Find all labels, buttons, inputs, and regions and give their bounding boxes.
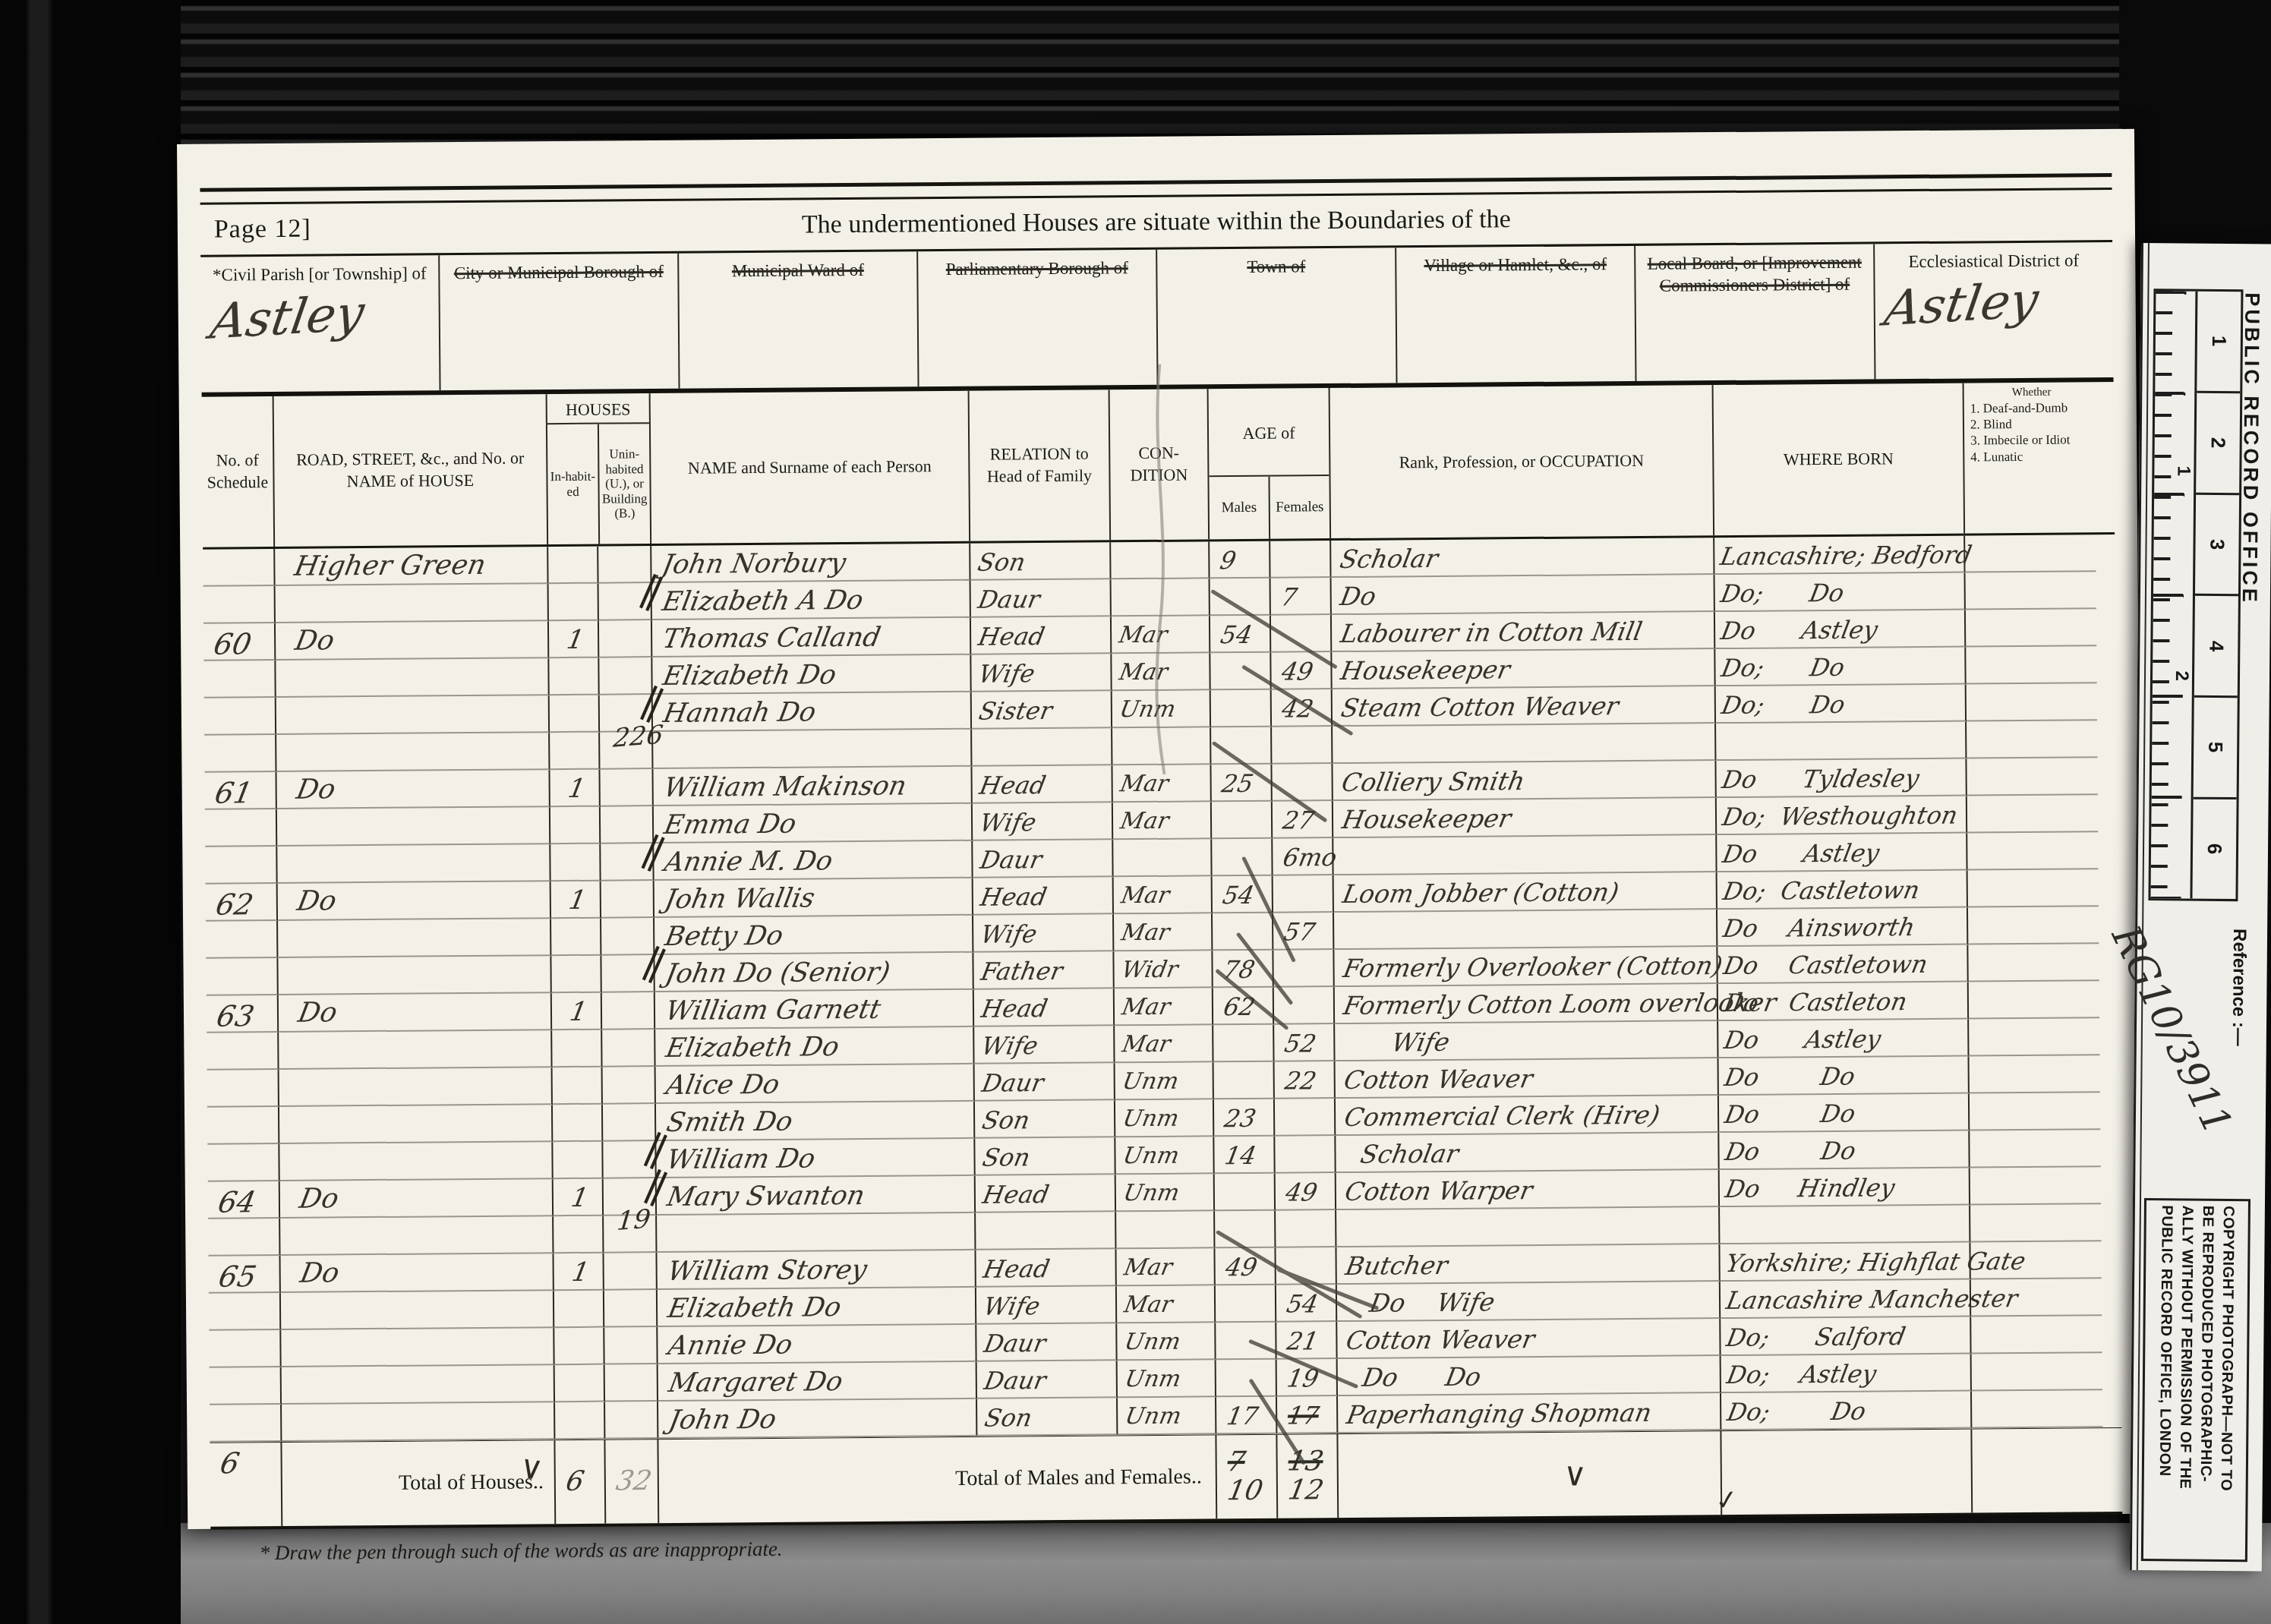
- film-edge-left: [0, 0, 181, 1624]
- cell-where-born: Do Astley: [1718, 1019, 1969, 1058]
- cell-infirmity: [1971, 1316, 2102, 1354]
- cell-where-born: Do Astley: [1717, 834, 1967, 873]
- cell-schedule: [209, 1293, 281, 1331]
- cell-occupation: Cotton Warper: [1336, 1170, 1720, 1210]
- cell-age-male: [1213, 1025, 1274, 1063]
- cell-age-male: 54: [1213, 876, 1273, 914]
- cell-road: [282, 1402, 555, 1442]
- cell-road: [279, 1067, 553, 1107]
- cell-uninhabited: [604, 1327, 658, 1365]
- cell-name: Annie M. Do: [654, 841, 973, 881]
- cell-schedule: [208, 1219, 280, 1257]
- cell-condition: Mar: [1115, 1025, 1213, 1063]
- cell-relation: Head: [976, 1175, 1116, 1212]
- ruler-cell-number: 6: [2192, 799, 2236, 899]
- infirmity-title: Whether: [1970, 385, 2093, 400]
- district-box: Local Board, or [Improvement Commissione…: [1635, 244, 1875, 380]
- cell-inhabited: [555, 1402, 605, 1440]
- cell-age-male: [1210, 579, 1271, 616]
- cell-relation: Daur: [973, 840, 1113, 878]
- copyright-line: COPYRIGHT PHOTOGRAPH—NOT TO: [2216, 1206, 2237, 1555]
- cell-where-born: Do Do: [1719, 1130, 1970, 1170]
- cell-relation: Daur: [975, 1063, 1115, 1101]
- cell-where-born: Do Hindley: [1720, 1168, 1970, 1207]
- cell-schedule: [203, 549, 275, 587]
- cell-infirmity: [1970, 1093, 2100, 1130]
- cell-schedule: 62: [206, 884, 278, 922]
- infirmity-item: 3. Imbecile or Idiot: [1970, 432, 2070, 449]
- cell-infirmity: [1968, 869, 2099, 907]
- cell-relation: Daur: [971, 579, 1112, 617]
- district-box: Village or Hamlet, &c., of: [1396, 246, 1636, 383]
- cell-age-female: [1276, 1247, 1336, 1285]
- cell-relation: Wife: [976, 1286, 1117, 1324]
- cell-age-male: 23: [1214, 1099, 1275, 1137]
- total-females-struck: 13: [1285, 1448, 1326, 1475]
- cell-occupation: Loom Jobber (Cotton): [1334, 872, 1717, 913]
- cell-schedule: 65: [209, 1256, 281, 1294]
- cell-name: 226: [653, 730, 972, 769]
- cell-where-born: Do; Westhoughton: [1717, 796, 1967, 836]
- cell-infirmity: [1972, 1353, 2102, 1391]
- cell-inhabited: [549, 658, 599, 696]
- cell-name: William Makinson: [653, 767, 972, 806]
- census-page: Page 12] The undermentioned Houses are s…: [177, 129, 2145, 1529]
- ruler-cell-number: 4: [2194, 596, 2238, 698]
- cell-age-female: 54: [1276, 1285, 1337, 1323]
- cell-infirmity: [1971, 1279, 2102, 1317]
- cell-uninhabited: [601, 918, 654, 956]
- cell-age-male: 14: [1214, 1137, 1275, 1175]
- cell-inhabited: [554, 1291, 604, 1329]
- cell-road: Do: [279, 993, 552, 1033]
- cell-occupation: Wife: [1335, 1021, 1718, 1061]
- cell-condition: [1112, 579, 1210, 616]
- cell-schedule: [209, 1330, 281, 1368]
- cell-age-female: 21: [1276, 1322, 1337, 1360]
- column-header-relation: RELATION to Head of Family: [970, 389, 1112, 541]
- ruler-cell-number: 1: [2197, 292, 2241, 393]
- cell-uninhabited: [603, 1104, 656, 1142]
- cell-road: [281, 1328, 554, 1367]
- cell-inhabited: [550, 807, 601, 845]
- cell-age-female: [1275, 1099, 1336, 1137]
- film-ruler: 1 2 123456: [2148, 289, 2243, 901]
- cell-uninhabited: [605, 1364, 658, 1402]
- district-box: City or Municipal Borough of: [440, 254, 680, 390]
- cell-condition: [1111, 541, 1210, 579]
- district-box: Parliamentary Borough of: [918, 250, 1158, 386]
- cell-inhabited: 1: [551, 881, 601, 919]
- cell-inhabited: [548, 547, 598, 585]
- cell-age-male: [1215, 1174, 1276, 1212]
- cell-age-female: 49: [1276, 1173, 1336, 1211]
- cell-schedule: [207, 1033, 279, 1071]
- cell-condition: Mar: [1114, 876, 1213, 914]
- cell-name: Mary Swanton: [657, 1176, 976, 1216]
- cell-age-female: 49: [1271, 652, 1332, 690]
- cell-schedule: [210, 1367, 282, 1405]
- cell-relation: [972, 728, 1112, 766]
- cell-age-female: [1273, 875, 1334, 913]
- cell-condition: Mar: [1114, 913, 1213, 951]
- cell-age-male: 62: [1213, 988, 1274, 1026]
- ruler-ticks: 1 2: [2150, 291, 2197, 898]
- column-header-occupation: Rank, Profession, or OCCUPATION: [1330, 385, 1715, 538]
- district-label: Ecclesiastical District of: [1881, 250, 2106, 273]
- cell-occupation: Do Do: [1338, 1356, 1721, 1396]
- cell-condition: Mar: [1116, 1248, 1215, 1286]
- cell-infirmity: [1970, 1241, 2101, 1279]
- cell-condition: [1116, 1211, 1215, 1249]
- reference-label: Reference :—: [2228, 929, 2250, 1046]
- total-houses-uninhabited: 32: [613, 1468, 654, 1495]
- cell-condition: Unm: [1118, 1397, 1216, 1435]
- column-header-age: AGE of Males Females: [1209, 388, 1332, 539]
- cell-where-born: [1716, 722, 1967, 762]
- cell-name: Elizabeth Do: [655, 1027, 974, 1067]
- cell-name: Elizabeth A Do: [652, 581, 971, 620]
- cell-schedule: [210, 1405, 282, 1443]
- cell-name: Elizabeth Do: [652, 655, 971, 695]
- cell-infirmity: [1968, 907, 2099, 944]
- cell-age-female: 22: [1275, 1061, 1336, 1099]
- cell-age-female: 27: [1273, 801, 1333, 839]
- cell-age-female: 52: [1274, 1024, 1335, 1062]
- cell-schedule: 60: [203, 623, 276, 661]
- cell-age-female: 42: [1272, 689, 1333, 727]
- houses-group-title: HOUSES: [547, 393, 649, 424]
- cell-condition: Unm: [1115, 1062, 1214, 1100]
- cell-age-female: [1275, 1136, 1336, 1174]
- cell-relation: Head: [976, 1249, 1116, 1287]
- total-people-label: Total of Males and Females..: [658, 1435, 1217, 1523]
- district-box: Ecclesiastical District of Astley: [1875, 242, 2113, 379]
- cell-road: [281, 1291, 554, 1330]
- cell-infirmity: [1970, 1055, 2100, 1093]
- district-box: *Civil Parish [or Township] of Astley: [200, 255, 440, 392]
- cell-condition: Mar: [1112, 616, 1210, 654]
- cell-uninhabited: [602, 1030, 655, 1067]
- district-label: Town of: [1163, 255, 1389, 279]
- cell-road: Do: [276, 621, 549, 661]
- cell-condition: Widr: [1114, 951, 1213, 989]
- cell-infirmity: [1970, 1167, 2101, 1205]
- cell-name: Margaret Do: [658, 1362, 977, 1402]
- district-box: Town of: [1157, 248, 1397, 384]
- cell-inhabited: [554, 1216, 604, 1254]
- cell-schedule: [204, 698, 276, 736]
- cell-inhabited: [555, 1365, 605, 1403]
- census-table: No. of Schedule ROAD, STREET, &c., and N…: [202, 382, 2123, 1530]
- cell-infirmity: [1970, 1204, 2101, 1242]
- cell-occupation: [1333, 835, 1717, 875]
- cell-where-born: Do; Do: [1715, 573, 1966, 613]
- district-header-row: *Civil Parish [or Township] of Astley Ci…: [200, 242, 2113, 397]
- cell-name: Smith Do: [656, 1102, 975, 1141]
- cell-relation: Son: [970, 542, 1111, 580]
- cell-occupation: [1334, 910, 1717, 950]
- column-header-condition: CON-DITION: [1110, 389, 1210, 540]
- column-header-name: NAME and Surname of each Person: [651, 391, 971, 544]
- ruler-number-cells: 123456: [2192, 292, 2241, 899]
- cell-where-born: Do Castleton: [1718, 982, 1969, 1022]
- cell-name: John Norbury: [651, 544, 970, 583]
- cell-where-born: Do; Do: [1715, 648, 1966, 687]
- cell-where-born: Do; Castletown: [1717, 871, 1968, 910]
- cell-relation: Wife: [971, 654, 1112, 692]
- ruler-tick-label: 1: [2172, 465, 2194, 476]
- cell-occupation: Paperhanging Shopman: [1338, 1393, 1721, 1433]
- cell-infirmity: [1967, 832, 2098, 870]
- cell-schedule: 64: [208, 1181, 280, 1219]
- cell-inhabited: [552, 1030, 602, 1068]
- copyright-line: BE REPRODUCED PHOTOGRAPHIC-: [2196, 1206, 2216, 1555]
- cell-age-female: [1272, 764, 1333, 802]
- cell-occupation: Steam Cotton Weaver: [1333, 686, 1716, 727]
- district-label: City or Municipal Borough of: [446, 261, 671, 285]
- cell-road: [280, 1216, 554, 1256]
- cell-inhabited: [554, 1328, 604, 1366]
- cell-name: 19: [657, 1213, 976, 1253]
- cell-age-male: 17: [1216, 1397, 1277, 1435]
- cell-relation: Head: [971, 616, 1112, 654]
- cell-infirmity: [1966, 646, 2096, 684]
- cell-schedule: [204, 735, 276, 773]
- cell-infirmity: [1967, 795, 2098, 833]
- total-males: 10: [1225, 1477, 1266, 1505]
- cell-age-male: 78: [1213, 951, 1273, 989]
- cell-age-male: [1211, 690, 1272, 728]
- cell-road: [277, 807, 550, 847]
- cell-name: Annie Do: [658, 1325, 976, 1364]
- district-label: Municipal Ward of: [685, 259, 910, 282]
- column-header-infirmity: Whether 1. Deaf-and-Dumb2. Blind3. Imbec…: [1964, 382, 2096, 533]
- cell-occupation: Labourer in Cotton Mill: [1332, 612, 1715, 652]
- cell-age-male: [1216, 1285, 1276, 1323]
- cell-infirmity: [1966, 609, 2096, 647]
- district-label: Parliamentary Borough of: [924, 257, 1150, 281]
- cell-where-born: Do Astley: [1715, 610, 1966, 650]
- cell-infirmity: [1967, 721, 2097, 758]
- cell-infirmity: [1968, 944, 2099, 982]
- cell-road: Do: [280, 1179, 554, 1219]
- cell-where-born: Do Do: [1719, 1093, 1970, 1133]
- cell-name: Emma Do: [654, 804, 973, 844]
- cell-road: Do: [281, 1253, 554, 1293]
- cell-where-born: [1720, 1205, 1970, 1244]
- cell-age-male: [1213, 913, 1273, 951]
- cell-road: [279, 1105, 553, 1144]
- cell-infirmity: [1970, 1130, 2100, 1168]
- cell-schedule: [205, 847, 277, 885]
- cell-schedule: [207, 1144, 279, 1182]
- cell-relation: [976, 1212, 1116, 1250]
- cell-condition: [1113, 839, 1212, 877]
- page-title: The undermentioned Houses are situate wi…: [200, 200, 2112, 244]
- ruler-tick-label: 2: [2171, 670, 2192, 681]
- cell-occupation: Scholar: [1331, 538, 1714, 578]
- cell-where-born: Lancashire Manchester: [1721, 1279, 1971, 1319]
- cell-age-female: [1270, 541, 1331, 579]
- cell-road: Higher Green: [275, 547, 548, 586]
- district-label: Village or Hamlet, &c., of: [1402, 254, 1628, 277]
- cell-relation: Daur: [977, 1361, 1118, 1399]
- cell-name: William Do: [656, 1139, 975, 1178]
- cell-name: Betty Do: [654, 916, 973, 955]
- cell-condition: Unm: [1115, 1099, 1214, 1137]
- cell-road: [276, 658, 549, 698]
- cell-age-female: [1276, 1210, 1336, 1248]
- total-houses-inhabited: 6: [563, 1468, 586, 1496]
- cell-age-female: [1273, 950, 1334, 988]
- cell-inhabited: 1: [549, 621, 599, 659]
- cell-where-born: Do Castletown: [1717, 945, 1968, 985]
- cell-inhabited: [550, 844, 601, 882]
- cell-age-female: 19: [1277, 1359, 1338, 1397]
- cell-where-born: Do; Salford: [1721, 1317, 1971, 1356]
- cell-age-female: [1274, 987, 1335, 1025]
- cell-name: Thomas Calland: [652, 618, 971, 657]
- cell-age-male: [1215, 1211, 1276, 1249]
- infirmity-item: 2. Blind: [1970, 415, 2070, 432]
- cell-condition: Unm: [1118, 1360, 1216, 1398]
- district-label: *Civil Parish [or Township] of: [207, 263, 432, 286]
- cell-name: William Garnett: [655, 990, 974, 1030]
- column-header-where-born: WHERE BORN: [1714, 383, 1966, 536]
- cell-inhabited: [553, 1067, 603, 1105]
- cell-uninhabited: [605, 1402, 658, 1440]
- cell-road: [279, 1030, 552, 1070]
- cell-name: Hannah Do: [653, 692, 972, 732]
- cell-inhabited: [553, 1142, 603, 1180]
- cell-condition: Mar: [1112, 653, 1210, 691]
- cell-age-male: 54: [1210, 616, 1271, 654]
- cell-relation: Head: [973, 877, 1114, 915]
- column-header-inhabited: In-habit-ed: [547, 424, 600, 545]
- ruler-cell-number: 2: [2196, 393, 2240, 494]
- cell-occupation: Do: [1332, 575, 1715, 615]
- cell-road: [278, 919, 551, 958]
- pen-checkmark: ✓: [1714, 1484, 1740, 1517]
- column-header-road: ROAD, STREET, &c., and No. or NAME of HO…: [274, 394, 549, 547]
- cell-relation: Father: [973, 951, 1114, 989]
- cell-where-born: Do Ainsworth: [1717, 908, 1968, 948]
- cell-age-male: [1212, 802, 1273, 840]
- total-houses-label: Total of Houses..: [282, 1440, 556, 1526]
- cell-where-born: Do Do: [1719, 1056, 1970, 1096]
- district-label: Local Board, or [Improvement Commissione…: [1642, 252, 1867, 298]
- cell-name: John Do (Senior): [654, 953, 973, 992]
- cell-inhabited: [550, 695, 600, 733]
- column-header-females: Females: [1270, 476, 1329, 539]
- cell-road: [276, 584, 549, 623]
- cell-occupation: Colliery Smith: [1333, 761, 1716, 801]
- pen-checkmark: ∨: [1562, 1455, 1588, 1494]
- cell-uninhabited: [599, 620, 652, 658]
- cell-occupation: Housekeeper: [1332, 649, 1715, 689]
- table-header-row: No. of Schedule ROAD, STREET, &c., and N…: [202, 382, 2115, 550]
- pen-tally: 226: [612, 720, 664, 754]
- cell-occupation: [1333, 724, 1716, 764]
- cell-condition: [1112, 727, 1211, 765]
- cell-condition: Unm: [1116, 1174, 1215, 1212]
- cell-where-born: Do; Do: [1716, 685, 1967, 724]
- cell-name: John Do: [658, 1399, 977, 1439]
- cell-age-male: 25: [1211, 765, 1272, 803]
- cell-occupation: Formerly Cotton Loom overlooker: [1335, 984, 1718, 1024]
- column-header-males: Males: [1209, 477, 1270, 540]
- cell-schedule: [207, 1107, 279, 1145]
- cell-schedule: 63: [207, 995, 279, 1033]
- infirmity-list: 1. Deaf-and-Dumb2. Blind3. Imbecile or I…: [1970, 399, 2071, 465]
- cell-relation: Head: [974, 989, 1115, 1026]
- cell-occupation: Formerly Overlooker (Cotton): [1334, 947, 1717, 987]
- cell-where-born: Do Tyldesley: [1716, 759, 1967, 799]
- cell-uninhabited: [601, 881, 654, 919]
- cell-uninhabited: [600, 769, 653, 807]
- cell-uninhabited: [601, 806, 654, 844]
- cell-schedule: 61: [205, 772, 277, 810]
- ruler-cell-number: 5: [2194, 698, 2238, 799]
- cell-road: [278, 956, 551, 995]
- pen-tally: 19: [616, 1204, 652, 1237]
- cell-schedule: [205, 809, 277, 847]
- cell-name: Elizabeth Do: [658, 1288, 976, 1327]
- cell-age-male: 9: [1210, 541, 1270, 579]
- infirmity-item: 4. Lunatic: [1970, 448, 2070, 465]
- cell-inhabited: [549, 584, 599, 622]
- cell-occupation: Do Wife: [1337, 1282, 1721, 1322]
- cell-road: [276, 695, 550, 735]
- cell-road: Do: [276, 770, 550, 809]
- cell-occupation: Commercial Clerk (Hire): [1336, 1096, 1719, 1136]
- cell-uninhabited: [602, 992, 655, 1030]
- cell-inhabited: [553, 1105, 603, 1143]
- cell-infirmity: [1967, 683, 2097, 721]
- column-header-houses: HOUSES In-habit-ed Unin-habited (U.), or…: [547, 393, 652, 544]
- cell-occupation: Butcher: [1336, 1244, 1720, 1285]
- copyright-line: ALLY WITHOUT PERMISSION OF THE: [2175, 1205, 2196, 1554]
- cell-infirmity: [1965, 535, 2096, 572]
- totals-row: 6 Total of Houses.. 6 32 Total of Males …: [210, 1427, 2122, 1527]
- cell-age-male: [1214, 1062, 1275, 1100]
- total-females: 12: [1286, 1477, 1326, 1504]
- copyright-notice: COPYRIGHT PHOTOGRAPH—NOT TOBE REPRODUCED…: [2141, 1198, 2250, 1562]
- cell-relation: Wife: [974, 1026, 1115, 1064]
- cell-name: Alice Do: [656, 1064, 975, 1104]
- cell-inhabited: [551, 919, 601, 957]
- age-group-title: AGE of: [1209, 388, 1329, 477]
- cell-condition: Mar: [1113, 802, 1212, 840]
- cell-road: [277, 844, 550, 884]
- cell-age-female: 7: [1271, 578, 1332, 616]
- cell-age-female: 57: [1273, 913, 1334, 951]
- cell-age-female: 17: [1277, 1396, 1338, 1434]
- cell-inhabited: 1: [550, 770, 600, 808]
- cell-infirmity: [1972, 1390, 2102, 1428]
- cell-road: Do: [278, 881, 551, 921]
- cell-age-male: 49: [1215, 1248, 1276, 1286]
- column-header-uninhabited: Unin-habited (U.), or Building (B.): [599, 424, 650, 544]
- cell-road: [276, 733, 550, 772]
- cell-condition: Mar: [1117, 1285, 1216, 1323]
- column-header-schedule: No. of Schedule: [202, 396, 276, 547]
- cell-schedule: [206, 921, 278, 959]
- cell-infirmity: [1969, 981, 2099, 1019]
- cell-age-female: [1272, 727, 1333, 765]
- totals-margin-note: 6: [218, 1449, 241, 1477]
